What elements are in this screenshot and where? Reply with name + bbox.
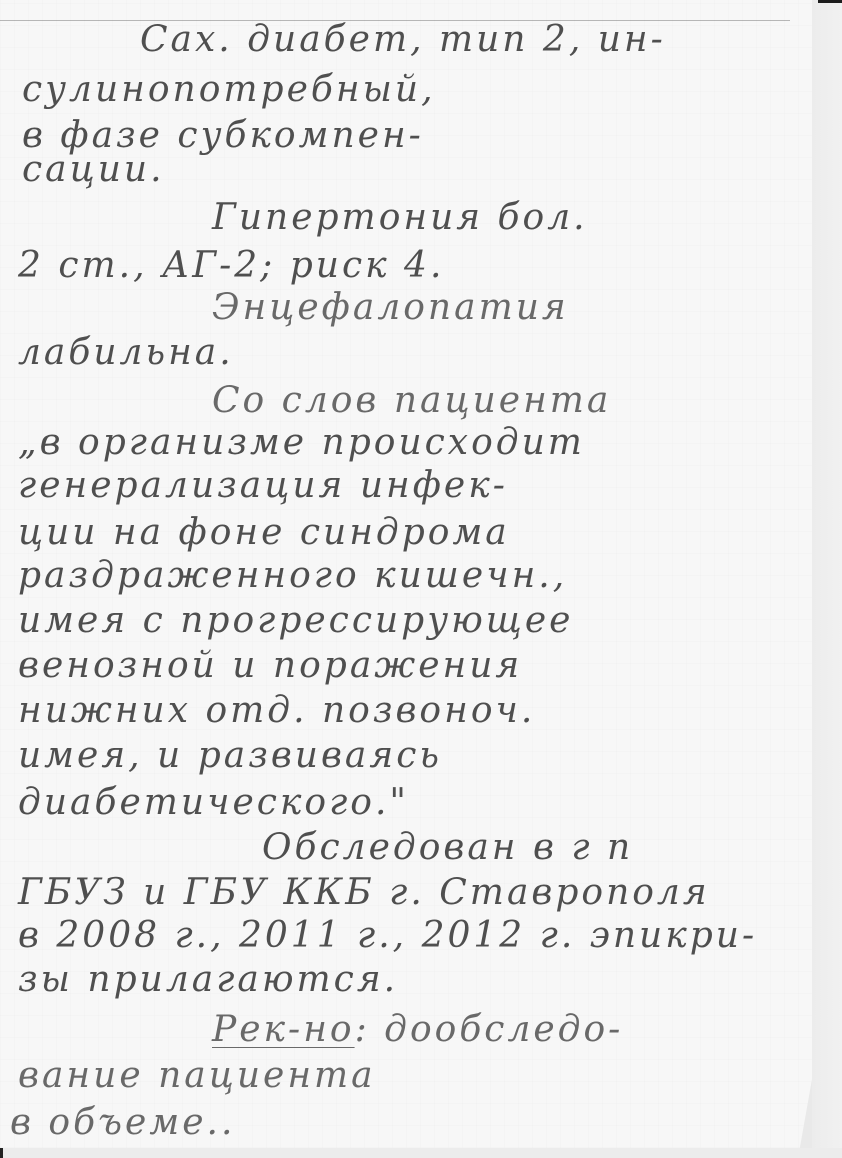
text-line-16: нижних отд. позвоноч. bbox=[18, 693, 535, 729]
text-line-9: Со слов пациента bbox=[212, 383, 611, 419]
paper-sheet: Сах. диабет, тип 2, ин- сулинопотребный,… bbox=[0, 0, 812, 1148]
underlined-recommendation-label: Рек-но bbox=[212, 1009, 355, 1050]
text-line-21: в 2008 г., 2011 г., 2012 г. эпикри- bbox=[18, 918, 757, 954]
text-line-20: ГБУЗ и ГБУ ККБ г. Ставрополя bbox=[18, 875, 710, 911]
text-line-11: генерализация инфек- bbox=[18, 468, 508, 504]
text-line-1: Сах. диабет, тип 2, ин- bbox=[140, 22, 666, 58]
text-line-23: Рек-но: дообследо- bbox=[212, 1012, 623, 1048]
text-line-15: венозной и поражения bbox=[18, 648, 522, 684]
text-line-12: ции на фоне синдрома bbox=[18, 515, 510, 551]
scanner-bottom-mark bbox=[0, 1148, 3, 1158]
text-line-13: раздраженного кишечн., bbox=[18, 558, 567, 594]
text-line-17: имея, и развиваясь bbox=[18, 738, 442, 774]
text-line-18: диабетического." bbox=[18, 785, 409, 821]
text-line-6: 2 ст., АГ-2; риск 4. bbox=[18, 248, 444, 284]
text-line-2: сулинопотребный, bbox=[22, 72, 436, 108]
text-line-24: вание пациента bbox=[18, 1058, 376, 1094]
text-line-14: имея с прогрессирующее bbox=[18, 603, 573, 639]
text-line-4: сации. bbox=[22, 152, 165, 188]
scanner-bottom-margin bbox=[0, 1148, 842, 1158]
text-line-10: „в организме происходит bbox=[18, 425, 585, 461]
scanner-corner-mark bbox=[818, 0, 842, 3]
text-line-5: Гипертония бол. bbox=[212, 200, 588, 236]
text-line-7: Энцефалопатия bbox=[212, 290, 569, 326]
text-line-8: лабильна. bbox=[18, 335, 234, 371]
recommendation-text: : дообследо- bbox=[355, 1009, 624, 1050]
text-line-19: Обследован в г п bbox=[262, 830, 633, 866]
text-line-25: в объеме.. bbox=[10, 1105, 235, 1141]
scanner-right-margin bbox=[812, 0, 842, 1158]
text-line-22: зы прилагаются. bbox=[18, 962, 398, 998]
